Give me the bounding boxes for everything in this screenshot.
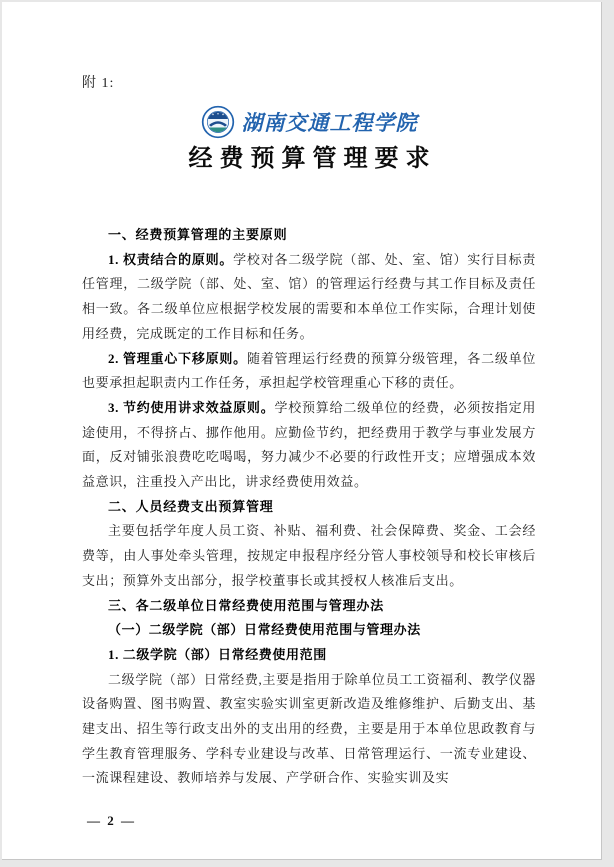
- paragraph-text: 二、人员经费支出预算管理: [108, 499, 274, 514]
- paragraph-text: 主要包括学年度人员工资、补贴、福利费、社会保障费、奖金、工会经费等，由人事处牵头…: [82, 523, 536, 587]
- paragraph-text: 一、经费预算管理的主要原则: [108, 227, 287, 242]
- paragraph: （一）二级学院（部）日常经费使用范围与管理办法: [82, 618, 536, 643]
- paragraph: 2. 管理重心下移原则。随着管理运行经费的预算分级管理，各二级单位也要承担起职责…: [82, 347, 536, 396]
- paragraph-text: 1. 二级学院（部）日常经费使用范围: [108, 647, 327, 662]
- page-number: — 2 —: [82, 813, 536, 829]
- paragraph-lead: 1. 权责结合的原则。: [108, 252, 233, 267]
- school-emblem-icon: [201, 105, 235, 139]
- paragraph: 一、经费预算管理的主要原则: [82, 223, 536, 248]
- paragraph: 1. 二级学院（部）日常经费使用范围: [82, 643, 536, 668]
- paragraph-text: 三、各二级单位日常经费使用范围与管理办法: [108, 598, 384, 613]
- paragraph: 三、各二级单位日常经费使用范围与管理办法: [82, 594, 536, 619]
- paragraph-text: 二级学院（部）日常经费,主要是指用于除单位员工工资福利、教学仪器设备购置、图书购…: [82, 672, 536, 786]
- page-content: 附 1:: [82, 2, 536, 829]
- paragraph: 3. 节约使用讲求效益原则。学校预算给二级单位的经费，必须按指定用途使用，不得挤…: [82, 396, 536, 495]
- school-logo: 湖南交通工程学院: [82, 104, 536, 140]
- attachment-label: 附 1:: [82, 76, 536, 92]
- school-name: 湖南交通工程学院: [242, 107, 418, 137]
- document-viewer: 附 1:: [0, 0, 614, 867]
- paragraph-text: （一）二级学院（部）日常经费使用范围与管理办法: [108, 622, 421, 637]
- document-title: 经费预算管理要求: [82, 144, 536, 174]
- paragraph-lead: 2. 管理重心下移原则。: [108, 351, 247, 366]
- document-body: 一、经费预算管理的主要原则1. 权责结合的原则。学校对各二级学院（部、处、室、馆…: [82, 223, 536, 791]
- document-page: 附 1:: [2, 2, 602, 860]
- paragraph: 1. 权责结合的原则。学校对各二级学院（部、处、室、馆）实行目标责任管理，二级学…: [82, 248, 536, 347]
- paragraph: 二级学院（部）日常经费,主要是指用于除单位员工工资福利、教学仪器设备购置、图书购…: [82, 668, 536, 792]
- paragraph-lead: 3. 节约使用讲求效益原则。: [108, 400, 274, 415]
- paragraph: 二、人员经费支出预算管理: [82, 495, 536, 520]
- paragraph: 主要包括学年度人员工资、补贴、福利费、社会保障费、奖金、工会经费等，由人事处牵头…: [82, 519, 536, 593]
